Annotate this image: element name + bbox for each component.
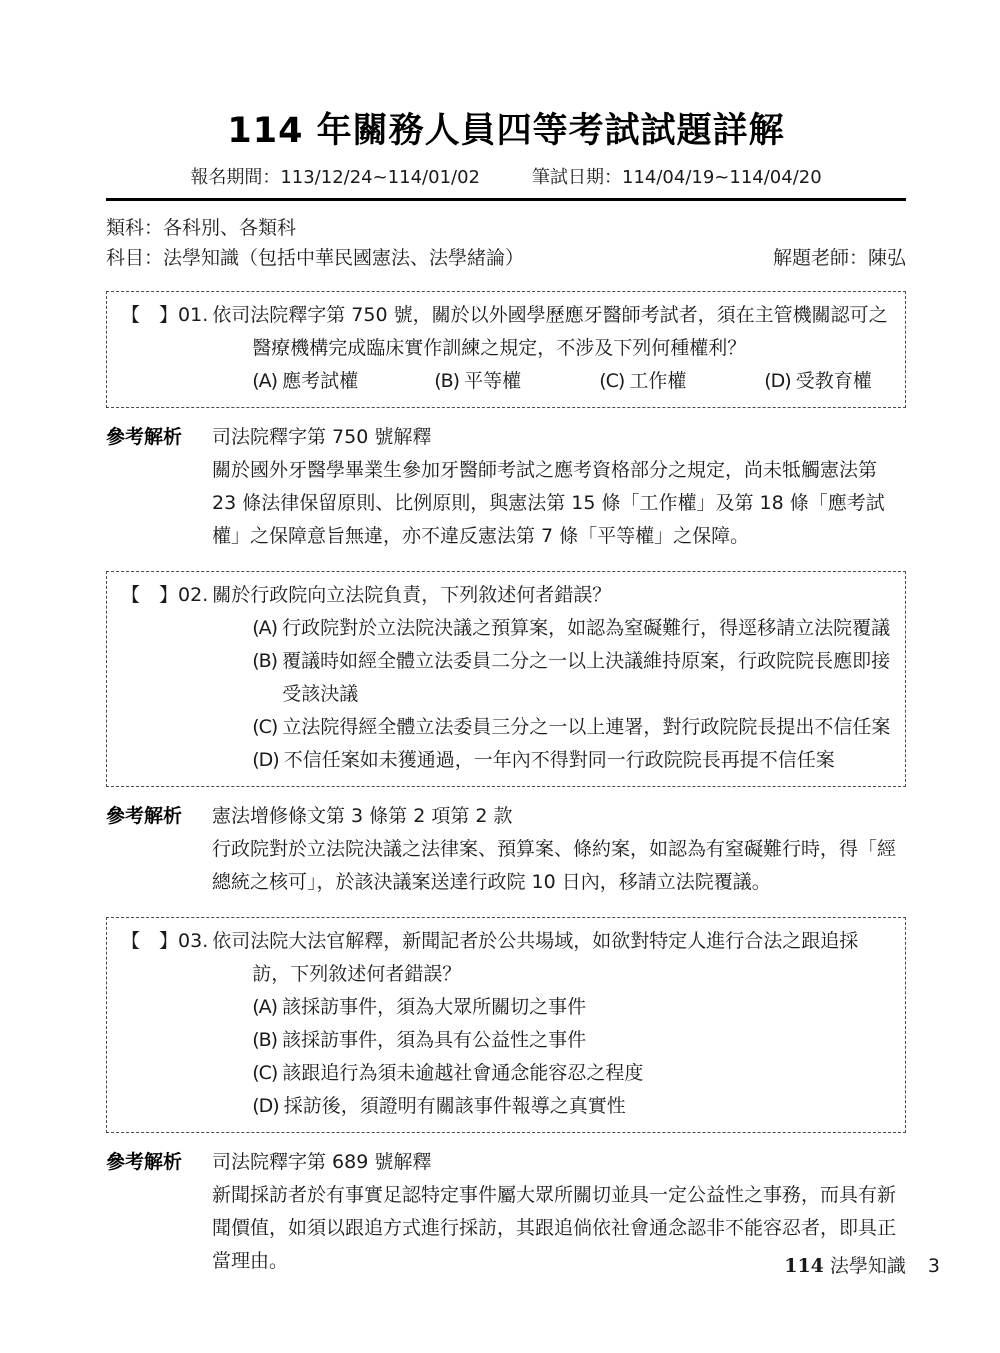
answer-bracket-1: 【 】01. — [121, 299, 208, 398]
option-label-1a: (A) — [252, 370, 277, 392]
option-label-1b: (B) — [434, 370, 459, 392]
exam-meta: 類科：各科別、各類科 科目：法學知識（包括中華民國憲法、法學緒論） 解題老師：陳… — [106, 213, 906, 273]
option-label-3d: (D) — [252, 1095, 278, 1117]
option-2b: (B)覆議時如經全體立法委員二分之一以上決議維持原案，行政院院長應即接受該決議 — [252, 645, 891, 711]
option-text-2b: 覆議時如經全體立法委員二分之一以上決議維持原案，行政院院長應即接受該決議 — [282, 650, 890, 705]
option-label-3b: (B) — [252, 1029, 277, 1051]
option-label-2c: (C) — [252, 716, 277, 738]
footer-book-code: 114 — [784, 1255, 824, 1277]
question-number-3: 03. — [178, 930, 208, 952]
analysis-title-1: 司法院釋字第 750 號解釋 — [212, 421, 906, 454]
written-exam-date: 筆試日期：114/04/19~114/04/20 — [532, 166, 822, 190]
question-options-2: (A)行政院對於立法院決議之預算案，如認為窒礙難行，得逕移請立法院覆議 (B)覆… — [212, 612, 891, 777]
option-label-2d: (D) — [252, 749, 278, 771]
option-text-3b: 該採訪事件，須為具有公益性之事件 — [282, 1029, 586, 1051]
page-title: 114 年關務人員四等考試試題詳解 — [106, 0, 906, 154]
question-options-1: (A)應考試權 (B)平等權 (C)工作權 (D)受教育權 — [212, 365, 891, 398]
question-box-1: 【 】01. 依司法院釋字第 750 號，關於以外國學歷應牙醫師考試者，須在主管… — [106, 291, 906, 408]
option-text-1a: 應考試權 — [282, 370, 358, 392]
option-label-2a: (A) — [252, 617, 277, 639]
option-2c: (C)立法院得經全體立法委員三分之一以上連署，對行政院院長提出不信任案 — [252, 711, 891, 744]
option-1b: (B)平等權 — [434, 365, 599, 398]
question-box-2: 【 】02. 關於行政院向立法院負責，下列敘述何者錯誤？ (A)行政院對於立法院… — [106, 571, 906, 787]
option-text-1c: 工作權 — [629, 370, 686, 392]
question-number-1: 01. — [178, 304, 208, 326]
analysis-label-2: 參考解析 — [106, 800, 212, 899]
option-3b: (B)該採訪事件，須為具有公益性之事件 — [252, 1024, 891, 1057]
option-1c: (C)工作權 — [599, 365, 764, 398]
question-options-3: (A)該採訪事件，須為大眾所關切之事件 (B)該採訪事件，須為具有公益性之事件 … — [212, 991, 891, 1123]
answer-bracket-3: 【 】03. — [121, 925, 208, 1123]
exam-dates-line: 報名期間：113/12/24~114/01/02 筆試日期：114/04/19~… — [106, 166, 906, 190]
footer-subject: 法學知識 — [830, 1255, 906, 1277]
option-3c: (C)該跟追行為須未逾越社會通念能容忍之程度 — [252, 1057, 891, 1090]
option-2a: (A)行政院對於立法院決議之預算案，如認為窒礙難行，得逕移請立法院覆議 — [252, 612, 891, 645]
question-stem-3: 依司法院大法官解釋，新聞記者於公共場域，如欲對特定人進行合法之跟追採訪，下列敘述… — [212, 925, 891, 991]
option-label-3c: (C) — [252, 1062, 277, 1084]
page-footer: 114法學知識3 — [784, 1252, 940, 1280]
analysis-title-3: 司法院釋字第 689 號解釋 — [212, 1146, 906, 1179]
option-text-2c: 立法院得經全體立法委員三分之一以上連署，對行政院院長提出不信任案 — [282, 716, 890, 738]
option-3a: (A)該採訪事件，須為大眾所關切之事件 — [252, 991, 891, 1024]
option-3d: (D)採訪後，須證明有關該事件報導之真實性 — [252, 1090, 891, 1123]
option-label-3a: (A) — [252, 996, 277, 1018]
footer-page-number: 3 — [928, 1255, 940, 1277]
registration-period: 報名期間：113/12/24~114/01/02 — [190, 166, 480, 190]
option-text-1d: 受教育權 — [796, 370, 872, 392]
option-text-2d: 不信任案如未獲通過，一年內不得對同一行政院院長再提不信任案 — [284, 749, 835, 771]
analysis-body-2: 行政院對於立法院決議之法律案、預算案、條約案，如認為有窒礙難行時，得「經總統之核… — [212, 833, 906, 899]
answer-bracket-2: 【 】02. — [121, 579, 208, 777]
option-text-3a: 該採訪事件，須為大眾所關切之事件 — [282, 996, 586, 1018]
analysis-title-2: 憲法增修條文第 3 條第 2 項第 2 款 — [212, 800, 906, 833]
answer-blank-2: 【 】 — [121, 584, 178, 606]
option-2d: (D)不信任案如未獲通過，一年內不得對同一行政院院長再提不信任案 — [252, 744, 891, 777]
analysis-label-3: 參考解析 — [106, 1146, 212, 1278]
answer-blank-3: 【 】 — [121, 930, 178, 952]
question-number-2: 02. — [178, 584, 208, 606]
page-content: 114 年關務人員四等考試試題詳解 報名期間：113/12/24~114/01/… — [106, 0, 906, 1278]
option-label-1c: (C) — [599, 370, 624, 392]
option-text-2a: 行政院對於立法院決議之預算案，如認為窒礙難行，得逕移請立法院覆議 — [282, 617, 890, 639]
option-text-1b: 平等權 — [464, 370, 521, 392]
analysis-label-1: 參考解析 — [106, 421, 212, 553]
question-stem-1: 依司法院釋字第 750 號，關於以外國學歷應牙醫師考試者，須在主管機關認可之醫療… — [212, 299, 891, 365]
subject-line: 科目：法學知識（包括中華民國憲法、法學緒論） — [106, 243, 524, 273]
option-label-2b: (B) — [252, 650, 277, 672]
option-1d: (D)受教育權 — [764, 365, 871, 398]
question-box-3: 【 】03. 依司法院大法官解釋，新聞記者於公共場域，如欲對特定人進行合法之跟追… — [106, 917, 906, 1133]
analysis-body-1: 關於國外牙醫學畢業生參加牙醫師考試之應考資格部分之規定，尚未牴觸憲法第 23 條… — [212, 454, 906, 553]
option-label-1d: (D) — [764, 370, 790, 392]
answer-blank-1: 【 】 — [121, 304, 178, 326]
option-text-3d: 採訪後，須證明有關該事件報導之真實性 — [284, 1095, 626, 1117]
option-1a: (A)應考試權 — [252, 365, 434, 398]
solver-line: 解題老師：陳弘 — [773, 243, 906, 273]
analysis-block-2: 參考解析 憲法增修條文第 3 條第 2 項第 2 款 行政院對於立法院決議之法律… — [106, 800, 906, 899]
category-line: 類科：各科別、各類科 — [106, 213, 906, 243]
question-stem-2: 關於行政院向立法院負責，下列敘述何者錯誤？ — [212, 579, 891, 612]
analysis-block-1: 參考解析 司法院釋字第 750 號解釋 關於國外牙醫學畢業生參加牙醫師考試之應考… — [106, 421, 906, 553]
option-text-3c: 該跟追行為須未逾越社會通念能容忍之程度 — [282, 1062, 643, 1084]
header-divider — [106, 198, 906, 201]
